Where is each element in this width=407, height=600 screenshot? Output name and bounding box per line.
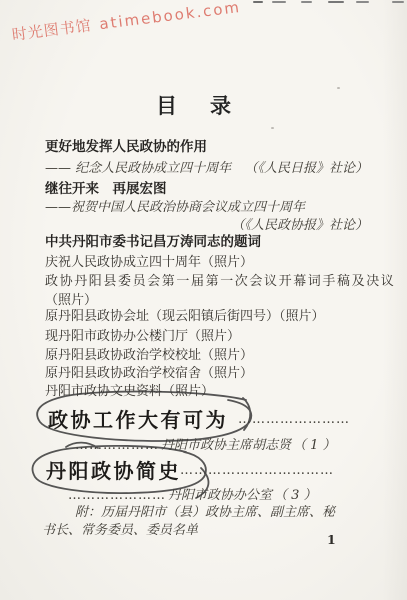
scan-dash [301,1,312,3]
scan-dash [253,1,263,3]
toc-entry: 更好地发挥人民政协的作用 [45,135,207,155]
scan-dash [328,1,344,3]
scan-dash [392,1,404,3]
page-title: 目 录 [156,90,237,120]
dot-leader: …………………………… [180,463,334,478]
page-reference: （ 1 ） [293,434,336,453]
watermark-library-name: 时光图书馆 [11,16,93,44]
toc-entry: 原丹阳县政协会址（现云阳镇后街四号）（照片） [45,305,325,324]
appendix-note: 书长、常务委员、委员名单 [42,519,198,538]
toc-entry-source: （《人民日报》社论） [244,157,368,176]
toc-entry: 政协丹阳县委员会第一届第一次会议开幕词手稿及决议 [45,270,395,289]
watermark-site-url: atimebook.com [98,0,242,33]
scan-dash [272,1,286,3]
toc-entry: 现丹阳市政协办公楼门厅（照片） [45,325,240,344]
toc-entry: 丹阳市政协文史资料（照片） [45,380,214,399]
dot-leader: ……………… [75,438,159,453]
toc-entry: 庆祝人民政协成立四十周年（照片） [45,251,253,270]
toc-entry: —— 纪念人民政协成立四十周年 （《人民日报》社论） [45,157,368,176]
page-number: 1 [327,532,336,547]
appendix-note: 附：历届丹阳市（县）政协主席、副主席、秘 [75,501,335,520]
toc-entry: 原丹阳县政协政治学校宿舍（照片） [45,362,253,381]
toc-entry-subtitle: —— 纪念人民政协成立四十周年 [45,157,231,176]
scanned-toc-page: 时光图书馆atimebook.com 目 录 更好地发挥人民政协的作用 —— 纪… [0,0,407,600]
attribution-text: 丹阳市政协主席胡志贤 [161,434,291,453]
toc-entry-subtitle: ——祝贺中国人民政治协商会议成立四十周年 [45,196,305,215]
toc-entry: 中共丹阳市委书记昌万涛同志的题词 [45,230,261,250]
scan-speck [337,87,340,89]
featured-entry-attribution-row: ……………… 丹阳市政协主席胡志贤 （ 1 ） [75,434,336,453]
featured-entry-title: 政协工作大有可为 [48,404,228,433]
scan-dash [356,1,369,3]
toc-entry: 原丹阳县政协政治学校校址（照片） [45,344,253,363]
watermark: 时光图书馆atimebook.com [11,0,252,45]
featured-entry-title: 丹阳政协简史 [46,455,181,484]
scan-speck [271,127,274,129]
dot-leader: ……………………… [238,412,350,427]
toc-entry: 继往开来 再展宏图 [45,177,167,197]
